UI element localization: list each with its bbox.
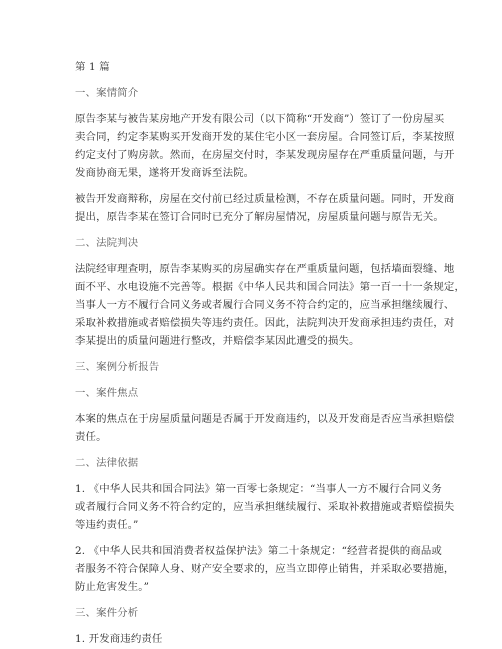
paragraph-contract-law: 1. 《中华人民共和国合同法》第一百零七条规定：“当事人一方不履行合同义务 或者… [75,480,429,534]
paragraph-line: 李某提出的质量问题进行整改，并赔偿李某因此遭受的损失。 [75,332,429,350]
paragraph-judgment: 法院经审理查明，原告李某购买的房屋确实存在严重质量问题，包括墙面裂缝、地 面不平… [75,260,429,350]
paragraph-line: 发商协商无果，遂将开发商诉至法院。 [75,164,429,182]
paragraph-line: 等违约责任。” [75,516,429,534]
paragraph-line: 法院经审理查明，原告李某购买的房屋确实存在严重质量问题，包括墙面裂缝、地 [75,260,429,278]
paragraph-developer-liability: 1. 开发商违约责任 [75,630,429,648]
paragraph-line: 者服务不符合保障人身、财产安全要求的，应当立即停止销售，并采取必要措施， [75,560,429,578]
paragraph-line: 卖合同，约定李某购买开发商开发的某住宅小区一套房屋。合同签订后，李某按照 [75,128,429,146]
paragraph-line: 原告李某与被告某房地产开发有限公司（以下简称“开发商”）签订了一份房屋买 [75,110,429,128]
document-title: 第 1 篇 [75,58,429,76]
heading-text: 三、案件分析 [75,604,429,622]
paragraph-line: 约定支付了购房款。然而，在房屋交付时，李某发现房屋存在严重质量问题，与开 [75,146,429,164]
paragraph-line: 2. 《中华人民共和国消费者权益保护法》第二十条规定：“经营者提供的商品或 [75,542,429,560]
paragraph-line: 被告开发商辩称，房屋在交付前已经过质量检测，不存在质量问题。同时，开发商 [75,190,429,208]
paragraph-line: 防止危害发生。” [75,578,429,596]
paragraph-plaintiff-claim: 原告李某与被告某房地产开发有限公司（以下简称“开发商”）签订了一份房屋买 卖合同… [75,110,429,182]
heading-case-analysis: 三、案件分析 [75,604,429,622]
heading-text: 三、案例分析报告 [75,358,429,376]
document-title-block: 第 1 篇 [75,58,429,76]
paragraph-case-focus: 本案的焦点在于房屋质量问题是否属于开发商违约，以及开发商是否应当承担赔偿 责任。 [75,410,429,446]
heading-court-judgment: 二、法院判决 [75,234,429,252]
paragraph-line: 提出，原告李某在签订合同时已充分了解房屋情况，房屋质量问题与原告无关。 [75,208,429,226]
paragraph-defendant-argument: 被告开发商辩称，房屋在交付前已经过质量检测，不存在质量问题。同时，开发商 提出，… [75,190,429,226]
paragraph-line: 1. 开发商违约责任 [75,630,429,648]
heading-text: 二、法院判决 [75,234,429,252]
paragraph-line: 采取补救措施或者赔偿损失等违约责任。因此，法院判决开发商承担违约责任，对 [75,314,429,332]
paragraph-consumer-law: 2. 《中华人民共和国消费者权益保护法》第二十条规定：“经营者提供的商品或 者服… [75,542,429,596]
paragraph-line: 责任。 [75,428,429,446]
heading-case-summary: 一、案情简介 [75,84,429,102]
paragraph-line: 1. 《中华人民共和国合同法》第一百零七条规定：“当事人一方不履行合同义务 [75,480,429,498]
paragraph-line: 或者履行合同义务不符合约定的，应当承担继续履行、采取补救措施或者赔偿损失 [75,498,429,516]
document-page: 第 1 篇 一、案情简介 原告李某与被告某房地产开发有限公司（以下简称“开发商”… [75,58,429,649]
heading-case-focus: 一、案件焦点 [75,384,429,402]
heading-analysis-report: 三、案例分析报告 [75,358,429,376]
heading-text: 二、法律依据 [75,454,429,472]
paragraph-line: 本案的焦点在于房屋质量问题是否属于开发商违约，以及开发商是否应当承担赔偿 [75,410,429,428]
paragraph-line: 面不平、水电设施不完善等。根据《中华人民共和国合同法》第一百一十一条规定， [75,278,429,296]
heading-text: 一、案件焦点 [75,384,429,402]
heading-text: 一、案情简介 [75,84,429,102]
heading-legal-basis: 二、法律依据 [75,454,429,472]
paragraph-line: 当事人一方不履行合同义务或者履行合同义务不符合约定的，应当承担继续履行、 [75,296,429,314]
